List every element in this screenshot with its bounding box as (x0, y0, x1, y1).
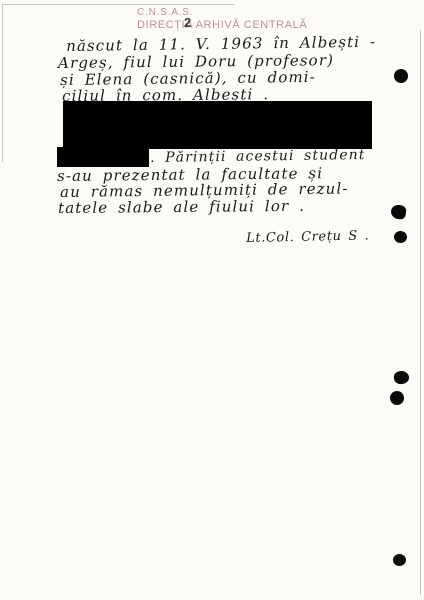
ink-dot (394, 231, 407, 243)
scan-edge-right-line (420, 30, 421, 595)
ink-dot (394, 69, 408, 83)
signature: Lt.Col. Crețu S . (246, 228, 369, 246)
scanned-document-page: C.N.S.A.S. DIRECȚIA ARHIVĂ CENTRALĂ 2 nă… (0, 0, 424, 600)
ink-dot (390, 204, 407, 220)
redaction-block-small (57, 147, 149, 167)
ink-dot (393, 554, 406, 566)
manuscript-line: tatele slabe ale fiului lor . (58, 197, 305, 217)
redaction-block-large (63, 101, 372, 149)
page-number-stamp: 2 (184, 15, 191, 30)
manuscript-line: . Părinții acestui student (150, 147, 366, 166)
archive-header-stamp: C.N.S.A.S. DIRECȚIA ARHIVĂ CENTRALĂ (137, 7, 307, 31)
ink-dot (393, 370, 410, 385)
scan-edge-top-line (2, 4, 234, 5)
ink-dot (390, 391, 404, 405)
scan-edge-left-line (2, 4, 3, 162)
organization-name: C.N.S.A.S. (137, 7, 307, 18)
department-name: DIRECȚIA ARHIVĂ CENTRALĂ (137, 19, 307, 31)
